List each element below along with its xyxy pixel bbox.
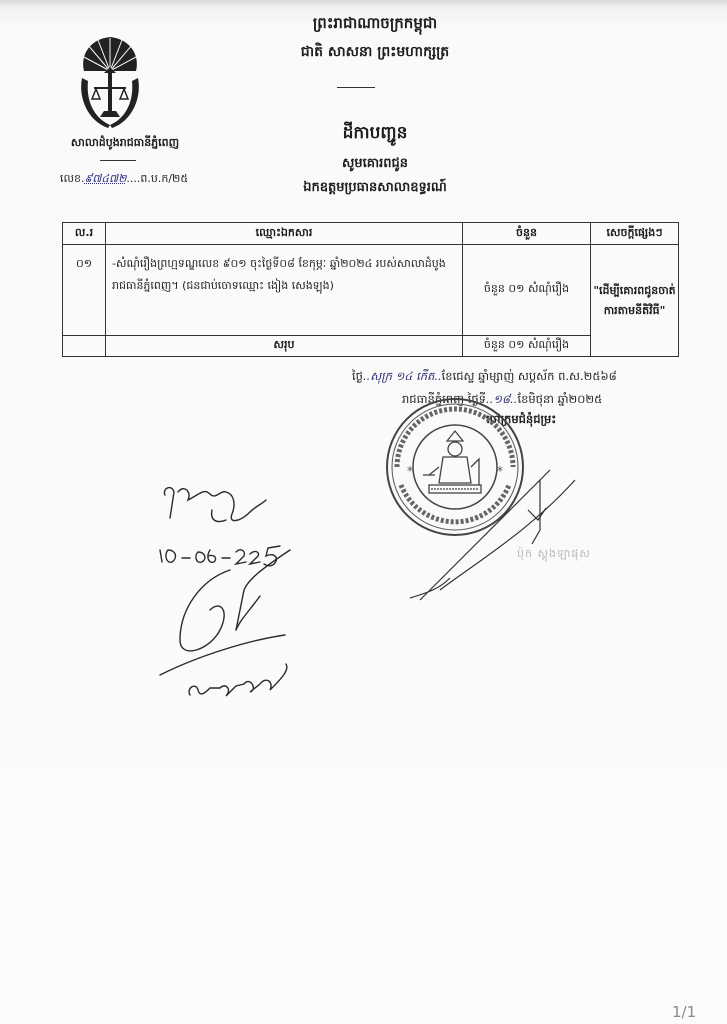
handwritten-notes: [140, 470, 320, 710]
ref-handwritten: ៩៧៤៧២: [84, 172, 126, 185]
document-page: សាលាដំបូងរាជធានីភ្នំពេញ លេខ.៩៧៤៧២....ព.ប…: [0, 0, 727, 1024]
lunar-suffix: ខែជេស្ឋ ឆ្នាំម្សាញ់ សប្តស័ក ព.ស.២៥៦៨: [442, 369, 617, 383]
total-empty-cell: [63, 336, 106, 357]
row-no: ០១: [63, 245, 106, 336]
ref-suffix: ....ព.ប.ក/២៥: [126, 172, 188, 185]
motto-heading: ជាតិ សាសនា ព្រះមហាក្សត្រ: [250, 42, 500, 63]
row-quantity: ចំនួន ០១ សំណុំរឿង: [463, 245, 591, 336]
lunar-prefix: ថ្ងៃ: [352, 369, 363, 383]
total-quantity: ចំនួន ០១ សំណុំរឿង: [463, 336, 591, 357]
solar-suffix: ខែមិថុនា ឆ្នាំ២០២៥: [517, 392, 602, 406]
header-no: ល.រ: [63, 223, 106, 245]
lunar-date-line: ថ្ងៃ..សុក្រ ១៤ កើត..ខែជេស្ឋ ឆ្នាំម្សាញ់ …: [352, 369, 617, 386]
table-total-row: សរុប ចំនួន ០១ សំណុំរឿង: [63, 336, 679, 357]
table-row: ០១ -សំណុំរឿងព្រហ្មទណ្ឌលេខ ៩០១ ចុះថ្ងៃទី០…: [63, 245, 679, 336]
reference-number: លេខ.៩៧៤៧២....ព.ប.ក/២៥: [60, 172, 188, 188]
divider: [100, 160, 136, 161]
table-header-row: ល.រ ឈ្មោះឯកសារ ចំនួន សេចក្តីផ្សេងៗ: [63, 223, 679, 245]
lunar-handwritten: ..សុក្រ ១៤ កើត..: [363, 369, 442, 383]
issuer-name: សាលាដំបូងរាជធានីភ្នំពេញ: [40, 136, 210, 152]
row-remark: "ដើម្បីគោរពជូនចាត់ការតាមនីតិវិធី": [591, 245, 679, 357]
ref-prefix: លេខ.: [60, 172, 84, 185]
court-emblem-icon: [72, 33, 148, 133]
header-document-name: ឈ្មោះឯកសារ: [106, 223, 463, 245]
row-description: -សំណុំរឿងព្រហ្មទណ្ឌលេខ ៩០១ ចុះថ្ងៃទី០៨ ខ…: [106, 245, 463, 336]
kingdom-heading: ព្រះរាជាណាចក្រកម្ពុជា: [250, 14, 500, 36]
document-title: ដីកាបញ្ជូន: [250, 122, 500, 147]
total-label: សរុប: [106, 336, 463, 357]
header-remarks: សេចក្តីផ្សេងៗ: [591, 223, 679, 245]
respect-line: សូមគោរពជូន: [250, 155, 500, 174]
page-indicator: 1/1: [672, 1003, 696, 1021]
header-quantity: ចំនួន: [463, 223, 591, 245]
judge-signature: [400, 460, 580, 610]
document-list-table: ល.រ ឈ្មោះឯកសារ ចំនួន សេចក្តីផ្សេងៗ ០១ -ស…: [62, 222, 679, 357]
divider: [337, 87, 375, 88]
recipient-line: ឯកឧត្តមប្រធានសាលាឧទ្ធរណ៍: [250, 179, 500, 198]
faded-signer-name: ប៉ុក ស្តុងឡាផុស: [517, 547, 591, 563]
